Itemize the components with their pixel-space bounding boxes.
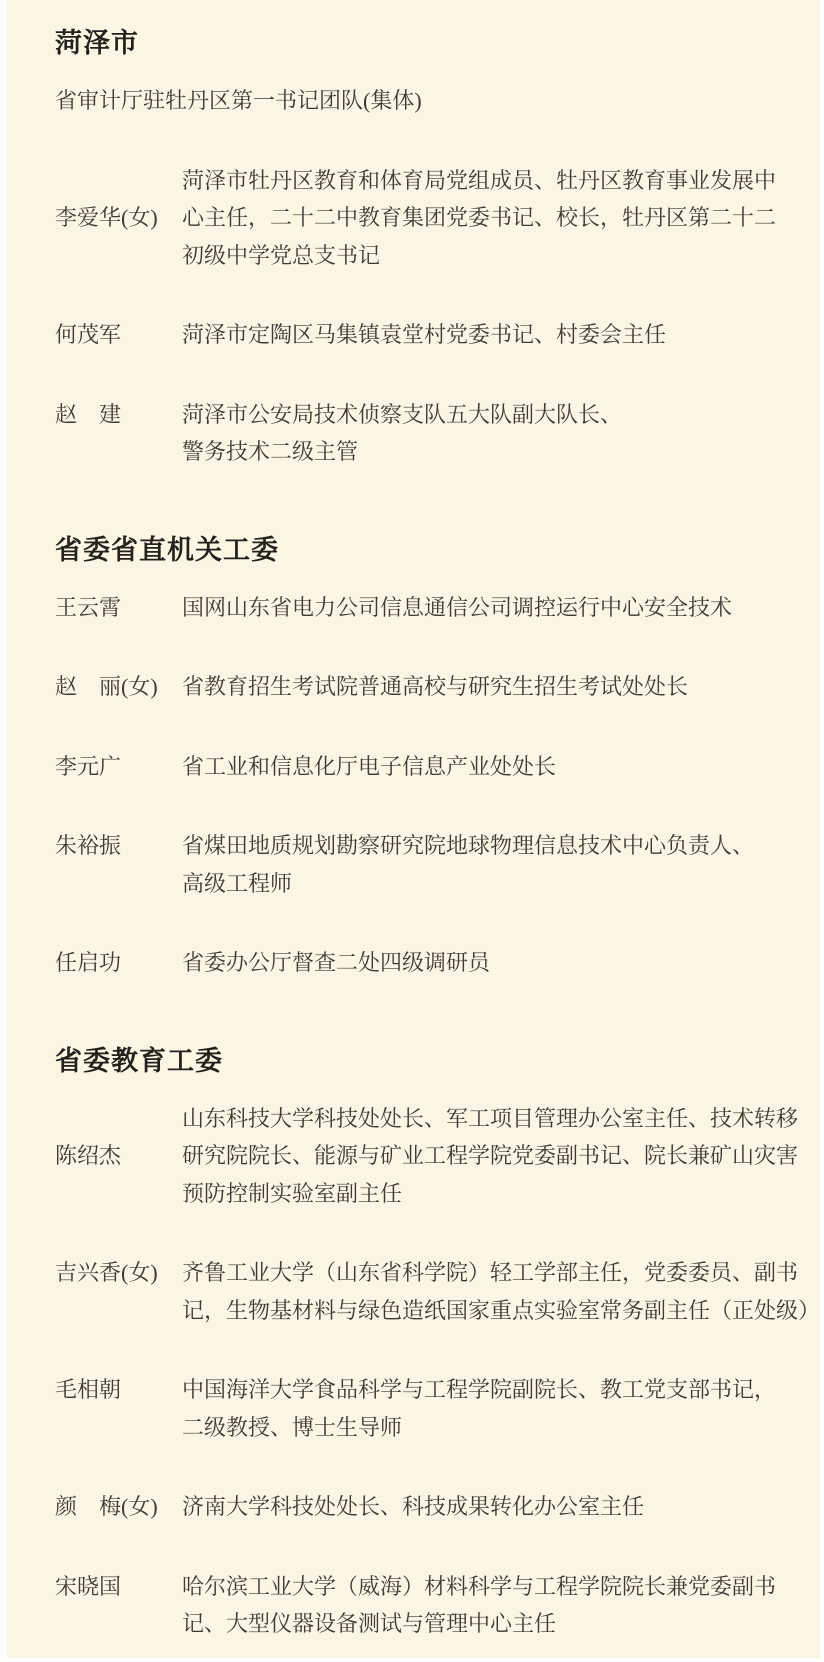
entry-description-line: 省工业和信息化厅电子信息产业处处长 [182,748,794,786]
entry-description-line: 菏泽市公安局技术侦察支队五大队副大队长、 [182,396,794,434]
entry-name: 任启功 [55,944,182,982]
entry-description-line: 记，生物基材料与绿色造纸国家重点实验室常务副主任（正处级） [182,1292,820,1330]
entry-description-line: 警务技术二级主管 [182,433,794,471]
article-panel: 菏泽市 省审计厅驻牡丹区第一书记团队(集体)菏泽市牡丹区教育和体育局党组成员、牡… [7,0,820,1658]
person-entry: 菏泽市牡丹区教育和体育局党组成员、牡丹区教育事业发展中心主任，二十二中教育集团党… [55,162,794,275]
entry-description-line: 预防控制实验室副主任 [182,1175,798,1213]
person-entry: 国网山东省电力公司信息通信公司调控运行中心安全技术王云霄 [55,589,794,627]
entry-name: 赵 建 [55,396,182,434]
entry-description-line: 高级工程师 [182,865,794,903]
person-entry: 菏泽市公安局技术侦察支队五大队副大队长、警务技术二级主管赵 建 [55,396,794,471]
entry-description-line: 二级教授、博士生导师 [182,1409,794,1447]
entry-description-line: 国网山东省电力公司信息通信公司调控运行中心安全技术 [182,589,794,627]
entry-description-line: 济南大学科技处处长、科技成果转化办公室主任 [182,1488,794,1526]
entry-description-line: 哈尔滨工业大学（威海）材料科学与工程学院院长兼党委副书 [182,1568,794,1606]
section: 省委教育工委 山东科技大学科技处处长、军工项目管理办公室主任、技术转移研究院院长… [55,1038,794,1643]
entry-description-line: 省教育招生考试院普通高校与研究生招生考试处处长 [182,668,794,706]
entry-description-line: 研究院院长、能源与矿业工程学院党委副书记、院长兼矿山灾害 [182,1137,798,1175]
entry-description-line: 山东科技大学科技处处长、军工项目管理办公室主任、技术转移 [182,1100,798,1138]
person-entry: 省工业和信息化厅电子信息产业处处长李元广 [55,748,794,786]
entry-name: 颜 梅(女) [55,1488,182,1526]
person-entry: 省委办公厅督查二处四级调研员任启功 [55,944,794,982]
person-entry: 省教育招生考试院普通高校与研究生招生考试处处长赵 丽(女) [55,668,794,706]
entry-description-line: 心主任，二十二中教育集团党委书记、校长，牡丹区第二十二 [182,199,794,237]
person-entry: 齐鲁工业大学（山东省科学院）轻工学部主任，党委委员、副书记，生物基材料与绿色造纸… [55,1254,794,1329]
person-entry: 省煤田地质规划勘察研究院地球物理信息技术中心负责人、高级工程师朱裕振 [55,827,794,902]
entry-name: 毛相朝 [55,1371,182,1409]
entry-description-line: 省委办公厅督查二处四级调研员 [182,944,794,982]
entry-description-line: 齐鲁工业大学（山东省科学院）轻工学部主任，党委委员、副书 [182,1254,820,1292]
entry-description-line: 菏泽市定陶区马集镇袁堂村党委书记、村委会主任 [182,316,794,354]
section-title: 菏泽市 [55,20,794,66]
entry-name: 王云霄 [55,589,182,627]
person-entry: 哈尔滨工业大学（威海）材料科学与工程学院院长兼党委副书记、大型仪器设备测试与管理… [55,1568,794,1643]
entry-description-line: 初级中学党总支书记 [182,237,794,275]
entry-name: 吉兴香(女) [55,1254,182,1292]
entry-name: 何茂军 [55,316,182,354]
entry-description-line: 菏泽市牡丹区教育和体育局党组成员、牡丹区教育事业发展中 [182,162,794,200]
section: 菏泽市 省审计厅驻牡丹区第一书记团队(集体)菏泽市牡丹区教育和体育局党组成员、牡… [55,20,794,471]
section: 省委省直机关工委 国网山东省电力公司信息通信公司调控运行中心安全技术王云霄省教育… [55,527,794,982]
entry-name: 李爱华(女) [55,199,182,237]
entry-name: 朱裕振 [55,827,182,865]
section-entries: 山东科技大学科技处处长、军工项目管理办公室主任、技术转移研究院院长、能源与矿业工… [55,1100,794,1643]
section-title: 省委省直机关工委 [55,527,794,573]
section-entries: 省审计厅驻牡丹区第一书记团队(集体)菏泽市牡丹区教育和体育局党组成员、牡丹区教育… [55,82,794,471]
entry-name: 宋晓国 [55,1568,182,1606]
person-entry: 山东科技大学科技处处长、军工项目管理办公室主任、技术转移研究院院长、能源与矿业工… [55,1100,794,1213]
section-entries: 国网山东省电力公司信息通信公司调控运行中心安全技术王云霄省教育招生考试院普通高校… [55,589,794,982]
collective-entry: 省审计厅驻牡丹区第一书记团队(集体) [55,82,794,120]
entry-description-line: 中国海洋大学食品科学与工程学院副院长、教工党支部书记， [182,1371,794,1409]
entry-description-line: 记、大型仪器设备测试与管理中心主任 [182,1605,794,1643]
section-title: 省委教育工委 [55,1038,794,1084]
entry-name: 陈绍杰 [55,1137,182,1175]
award-list-document: 菏泽市 省审计厅驻牡丹区第一书记团队(集体)菏泽市牡丹区教育和体育局党组成员、牡… [7,0,820,1643]
entry-name: 赵 丽(女) [55,668,182,706]
person-entry: 济南大学科技处处长、科技成果转化办公室主任颜 梅(女) [55,1488,794,1526]
entry-name: 李元广 [55,748,182,786]
person-entry: 菏泽市定陶区马集镇袁堂村党委书记、村委会主任何茂军 [55,316,794,354]
person-entry: 中国海洋大学食品科学与工程学院副院长、教工党支部书记，二级教授、博士生导师毛相朝 [55,1371,794,1446]
entry-description-line: 省煤田地质规划勘察研究院地球物理信息技术中心负责人、 [182,827,794,865]
